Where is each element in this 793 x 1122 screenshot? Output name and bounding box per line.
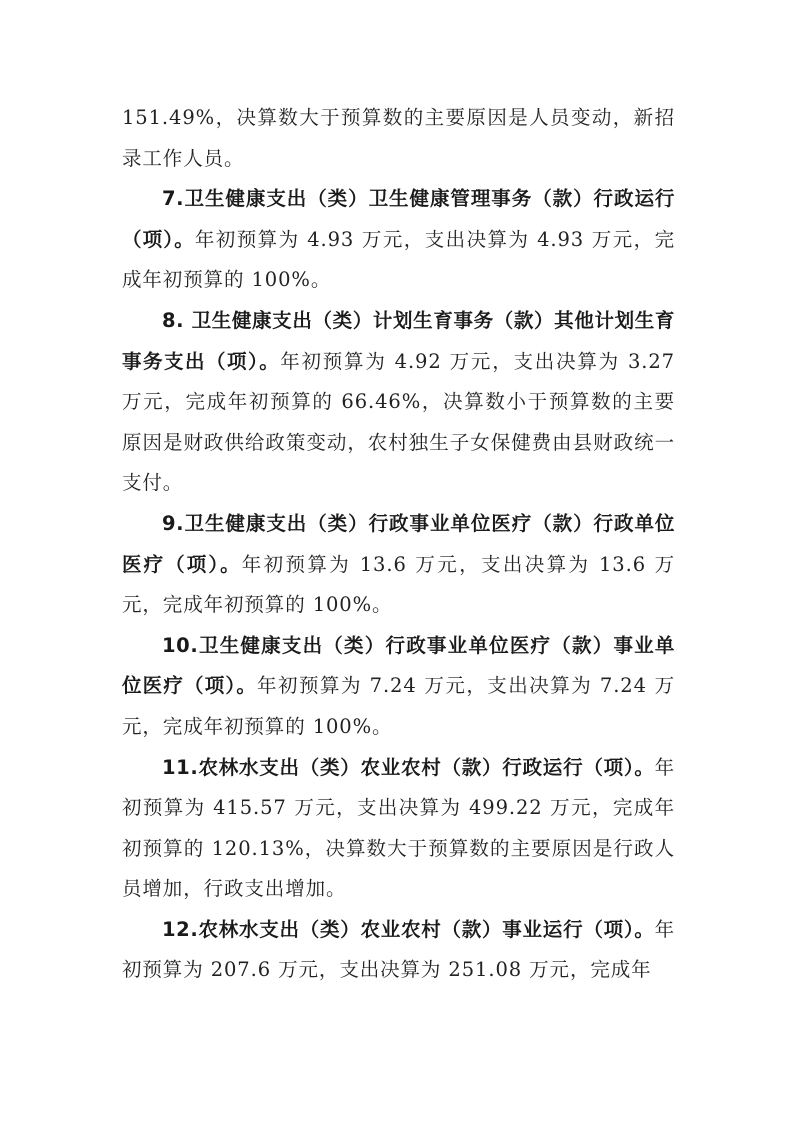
paragraph-body: 151.49%，决算数大于预算数的主要原因是人员变动，新招录工作人员。 <box>122 106 675 170</box>
document-page: 151.49%，决算数大于预算数的主要原因是人员变动，新招录工作人员。 7.卫生… <box>122 98 675 991</box>
paragraph-item-11: 11.农林水支出（类）农业农村（款）行政运行（项）。年初预算为 415.57 万… <box>122 748 675 910</box>
paragraph-heading: 12.农林水支出（类）农业农村（款）事业运行（项）。 <box>162 918 655 941</box>
paragraph-item-8: 8. 卫生健康支出（类）计划生育事务（款）其他计划生育事务支出（项）。年初预算为… <box>122 301 675 504</box>
paragraph-continued: 151.49%，决算数大于预算数的主要原因是人员变动，新招录工作人员。 <box>122 98 675 179</box>
paragraph-item-7: 7.卫生健康支出（类）卫生健康管理事务（款）行政运行（项）。年初预算为 4.93… <box>122 179 675 301</box>
paragraph-item-10: 10.卫生健康支出（类）行政事业单位医疗（款）事业单位医疗（项）。年初预算为 7… <box>122 626 675 748</box>
paragraph-item-9: 9.卫生健康支出（类）行政事业单位医疗（款）行政单位医疗（项）。年初预算为 13… <box>122 504 675 626</box>
paragraph-item-12: 12.农林水支出（类）农业农村（款）事业运行（项）。年初预算为 207.6 万元… <box>122 910 675 991</box>
paragraph-body: 年初预算为 4.93 万元，支出决算为 4.93 万元，完成年初预算的 100%… <box>122 228 675 292</box>
paragraph-heading: 11.农林水支出（类）农业农村（款）行政运行（项）。 <box>162 756 655 779</box>
